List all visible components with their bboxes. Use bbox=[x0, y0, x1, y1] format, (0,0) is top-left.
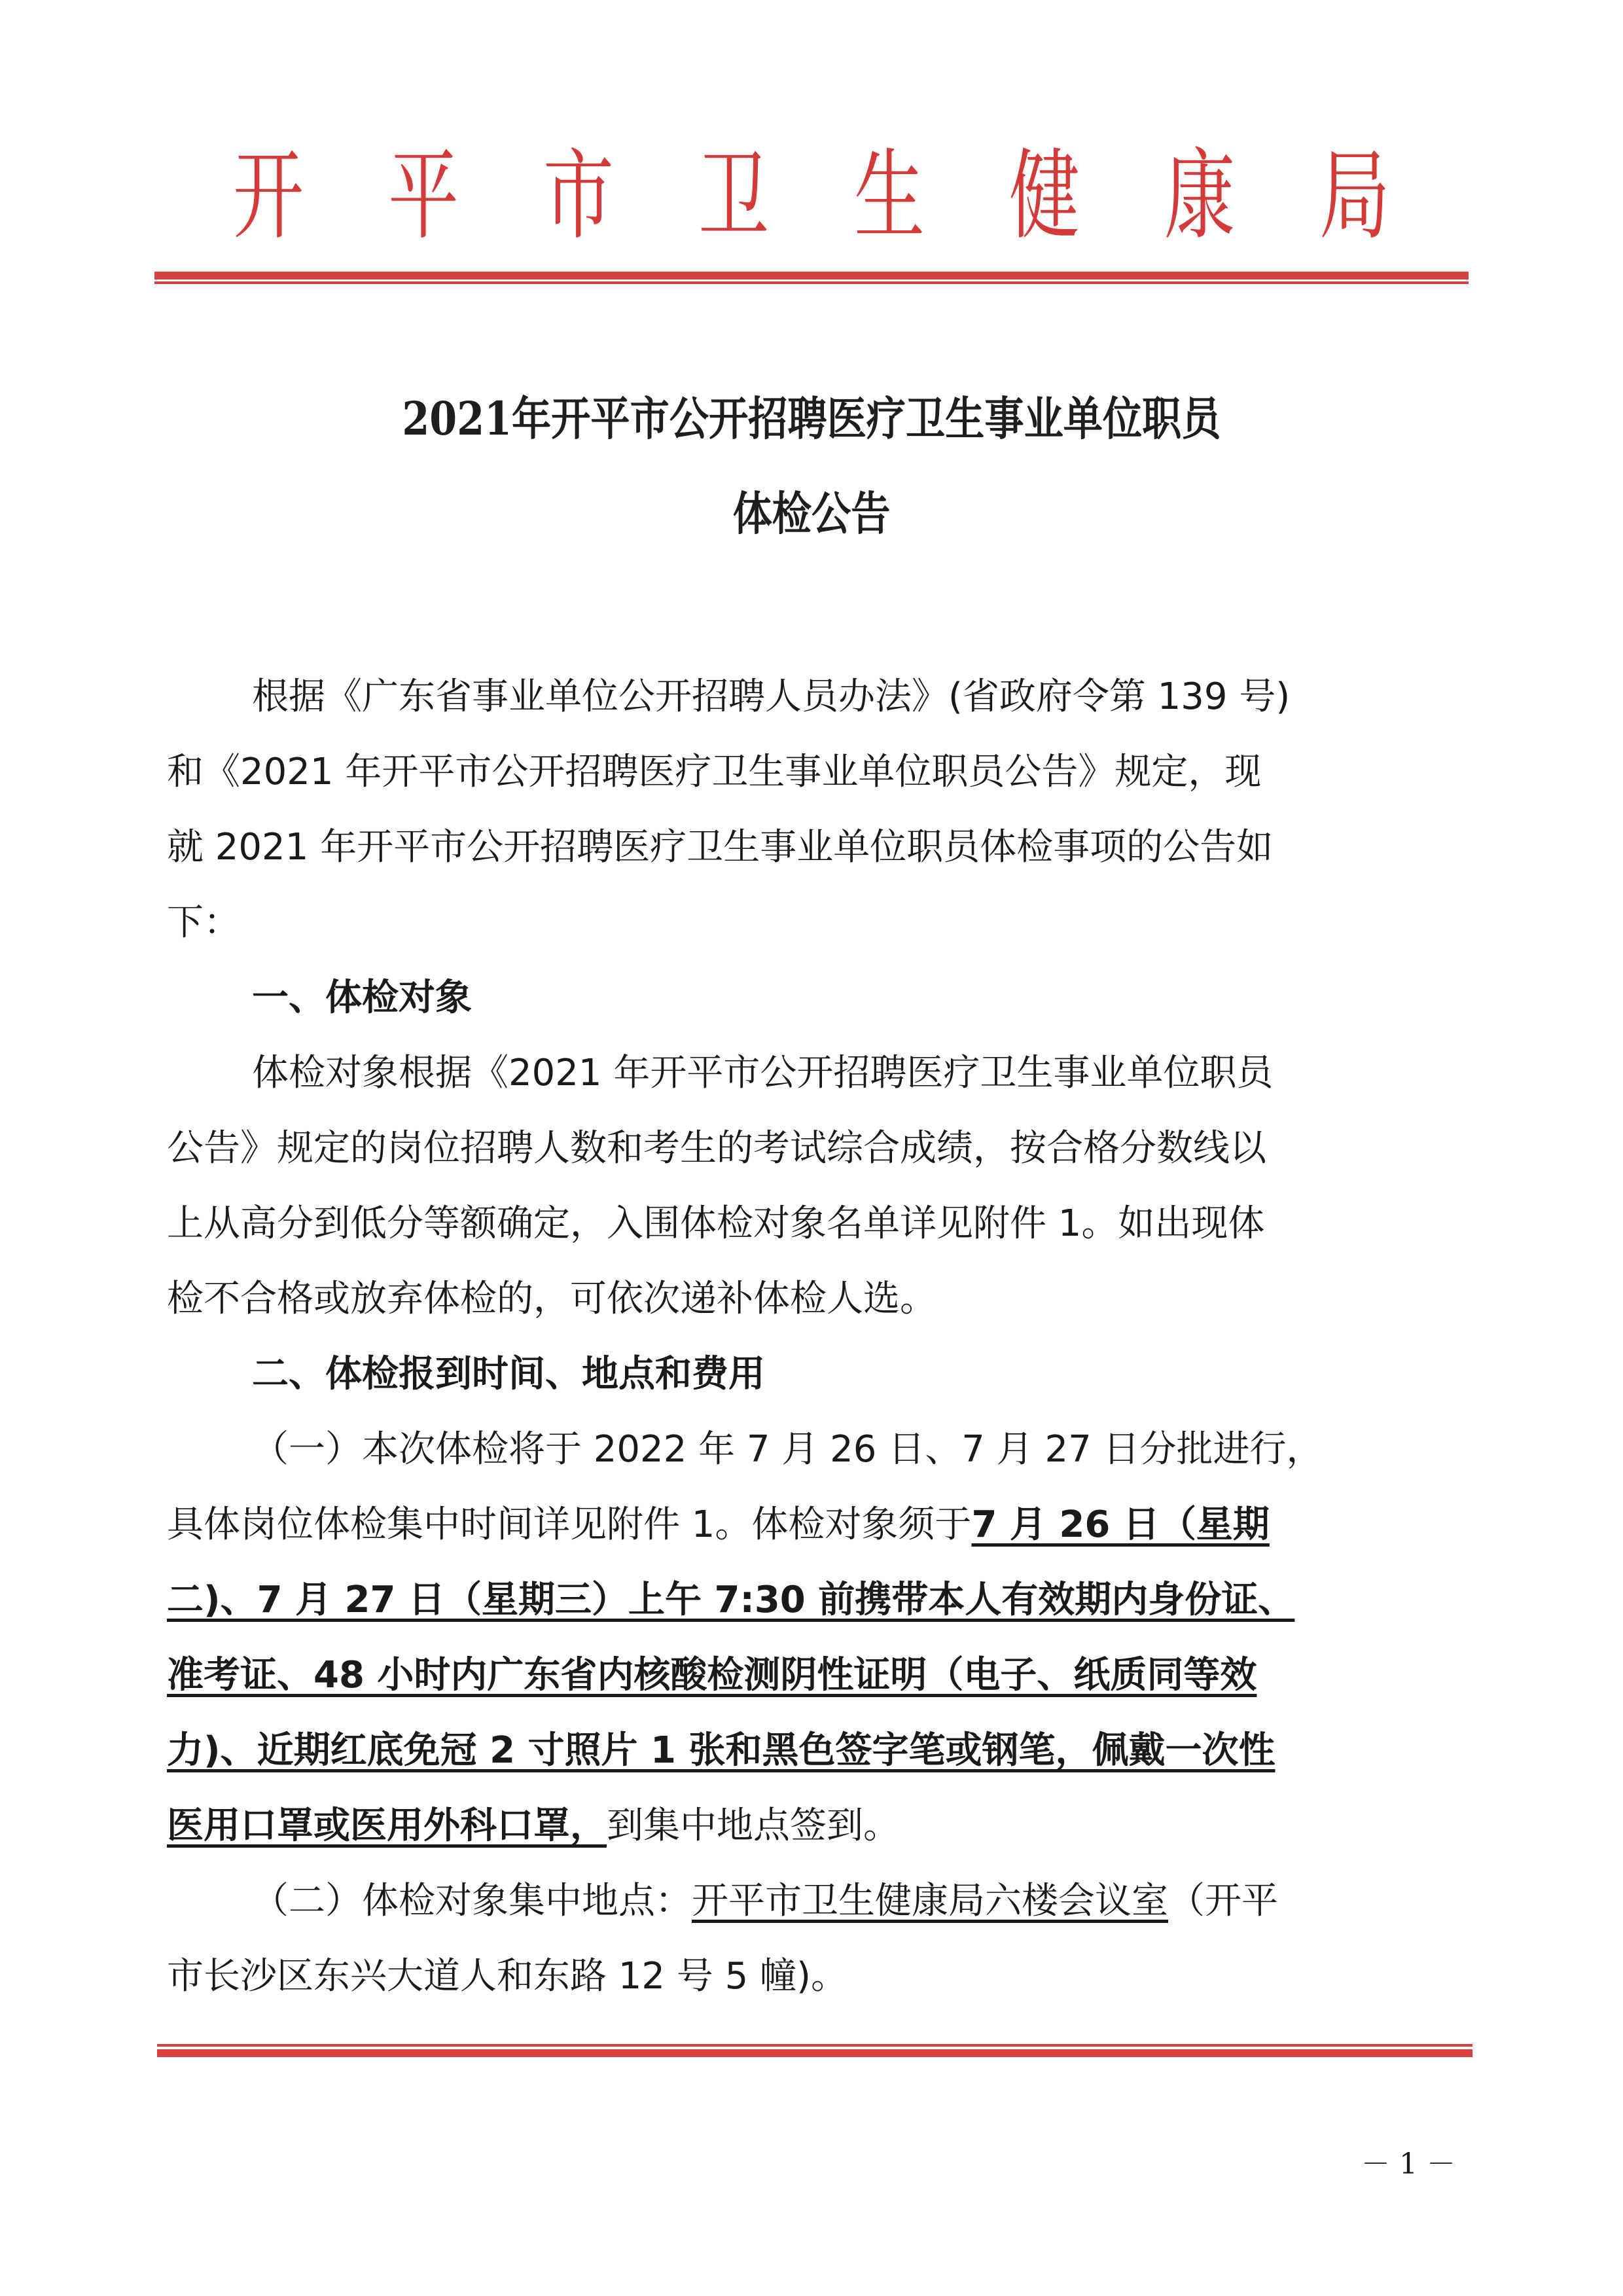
intro-line: 就 2021 年开平市公开招聘医疗卫生事业单位职员体检事项的公告如 bbox=[167, 821, 1273, 874]
section-2-item-2-line: （二）体检对象集中地点：开平市卫生健康局六楼会议室（开平 bbox=[167, 1875, 1278, 1928]
section-2-item-1-text: 到集中地点签到。 bbox=[607, 1804, 900, 1847]
section-1-line: 体检对象根据《2021 年开平市公开招聘医疗卫生事业单位职员 bbox=[167, 1047, 1273, 1100]
section-2-item-2-line: 市长沙区东兴大道人和东路 12 号 5 幢)。 bbox=[167, 1950, 847, 2003]
section-2-item-1-emphasis: 二)、7 月 27 日（星期三）上午 7:30 前携带本人有效期内身份证、 bbox=[167, 1579, 1294, 1621]
page-number: － 1 － bbox=[1361, 2140, 1455, 2182]
section-2-item-1-line: （一）本次体检将于 2022 年 7 月 26 日、7 月 27 日分批进行， bbox=[167, 1424, 1323, 1476]
document-title-line-2: 体检公告 bbox=[114, 491, 1510, 537]
section-2-item-1-line: 准考证、48 小时内广东省内核酸检测阴性证明（电子、纸质同等效 bbox=[167, 1649, 1257, 1702]
masthead-char: 市 bbox=[543, 147, 614, 245]
document-page: 开 平 市 卫 生 健 康 局 2021年开平市公开招聘医疗卫生事业单位职员 体… bbox=[0, 0, 1623, 2296]
masthead-rule-thick bbox=[154, 272, 1469, 279]
intro-line: 和《2021 年开平市公开招聘医疗卫生事业单位职员公告》规定，现 bbox=[167, 746, 1261, 798]
masthead-rule-thin bbox=[154, 281, 1469, 284]
masthead-char: 生 bbox=[854, 147, 925, 245]
section-2-item-1-line: 医用口罩或医用外科口罩，到集中地点签到。 bbox=[167, 1800, 900, 1852]
section-2-item-1-line: 具体岗位体检集中时间详见附件 1。体检对象须于7 月 26 日（星期 bbox=[167, 1499, 1270, 1551]
section-1-heading: 一、体检对象 bbox=[167, 972, 472, 1024]
intro-line: 下： bbox=[167, 897, 240, 949]
section-2-heading: 二、体检报到时间、地点和费用 bbox=[167, 1348, 765, 1401]
section-1-line: 公告》规定的岗位招聘人数和考生的考试综合成绩，按合格分数线以 bbox=[167, 1122, 1266, 1175]
masthead-char: 开 bbox=[233, 147, 304, 245]
section-1-line: 上从高分到低分等额确定，入围体检对象名单详见附件 1。如出现体 bbox=[167, 1198, 1264, 1250]
section-2-item-1-emphasis: 7 月 26 日（星期 bbox=[971, 1503, 1269, 1546]
intro-line: 根据《广东省事业单位公开招聘人员办法》(省政府令第 139 号) bbox=[167, 671, 1290, 723]
masthead-char: 局 bbox=[1319, 147, 1390, 245]
section-2-item-1-text: 具体岗位体检集中时间详见附件 1。体检对象须于 bbox=[167, 1503, 971, 1546]
masthead-char: 平 bbox=[388, 147, 459, 245]
section-2-item-2-text: （开平 bbox=[1168, 1880, 1278, 1922]
section-1-line: 检不合格或放弃体检的，可依次递补体检人选。 bbox=[167, 1273, 936, 1325]
section-2-item-1-line: 力)、近期红底免冠 2 寸照片 1 张和黑色签字笔或钢笔，佩戴一次性 bbox=[167, 1725, 1275, 1777]
section-2-item-2-location: 开平市卫生健康局六楼会议室 bbox=[692, 1880, 1168, 1922]
section-2-item-1-emphasis: 准考证、48 小时内广东省内核酸检测阴性证明（电子、纸质同等效 bbox=[167, 1654, 1257, 1696]
footer-rule-thick bbox=[157, 2049, 1472, 2057]
section-2-item-1-emphasis: 力)、近期红底免冠 2 寸照片 1 张和黑色签字笔或钢笔，佩戴一次性 bbox=[167, 1729, 1275, 1772]
masthead-char: 健 bbox=[1009, 147, 1080, 245]
footer-rule-thin bbox=[157, 2044, 1472, 2047]
masthead-char: 康 bbox=[1164, 147, 1235, 245]
masthead-org-name: 开 平 市 卫 生 健 康 局 bbox=[157, 131, 1466, 262]
section-2-item-2-text: （二）体检对象集中地点： bbox=[252, 1880, 692, 1922]
section-2-item-1-line: 二)、7 月 27 日（星期三）上午 7:30 前携带本人有效期内身份证、 bbox=[167, 1574, 1294, 1626]
section-2-item-1-emphasis: 医用口罩或医用外科口罩， bbox=[167, 1804, 607, 1847]
masthead-char: 卫 bbox=[698, 147, 769, 245]
document-title-line-1: 2021年开平市公开招聘医疗卫生事业单位职员 bbox=[114, 396, 1510, 442]
